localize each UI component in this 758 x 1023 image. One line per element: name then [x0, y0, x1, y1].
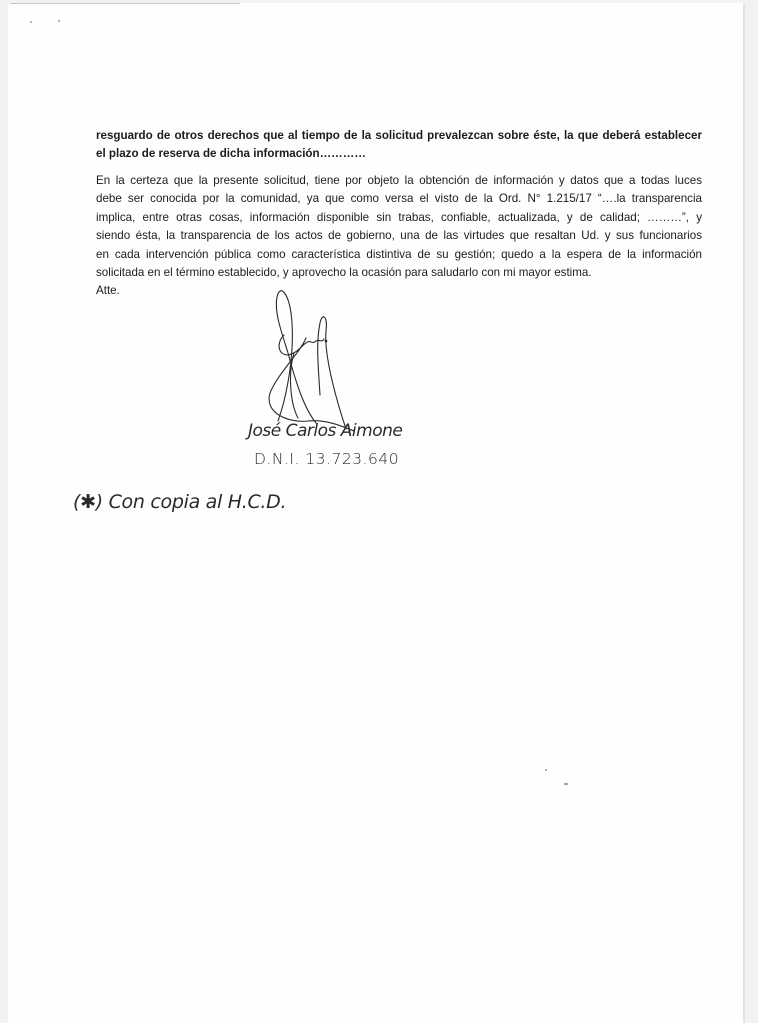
text-line: En la certeza que la presente solicitud,… — [96, 172, 702, 190]
text-line: implica, entre otras cosas, información … — [96, 209, 702, 227]
text-line: resguardo de otros derechos que al tiemp… — [96, 127, 702, 145]
text-line: siendo ésta, la transparencia de los act… — [96, 227, 702, 245]
signer-dni: D.N.I. 13.723.640 — [254, 450, 399, 468]
text-line: el plazo de reserva de dicha información… — [96, 145, 702, 163]
scan-speck — [30, 21, 32, 23]
scan-speck — [58, 20, 60, 22]
text-line: en cada intervención pública como caract… — [96, 246, 702, 264]
scan-edge-line — [10, 3, 240, 4]
signer-name: José Carlos Aimone — [248, 421, 402, 441]
handwritten-signature-icon — [258, 283, 368, 433]
paragraph-reserve-period: resguardo de otros derechos que al tiemp… — [96, 127, 702, 164]
scan-speck — [545, 769, 547, 771]
text-line: solicitada en el término establecido, y … — [96, 264, 702, 282]
document-page: resguardo de otros derechos que al tiemp… — [8, 3, 745, 1023]
closing-salutation: Atte. — [96, 282, 702, 300]
scan-speck — [564, 783, 568, 785]
copy-note: (✱) Con copia al H.C.D. — [73, 491, 286, 513]
text-line: debe ser conocida por la comunidad, ya q… — [96, 190, 702, 208]
paragraph-request-body: En la certeza que la presente solicitud,… — [96, 172, 702, 282]
